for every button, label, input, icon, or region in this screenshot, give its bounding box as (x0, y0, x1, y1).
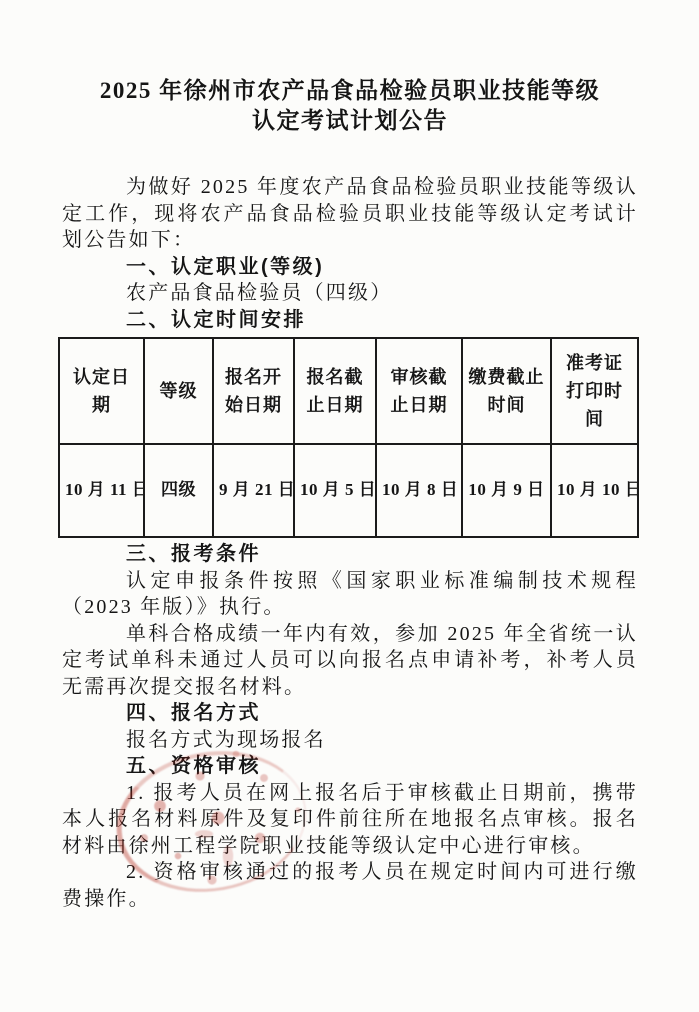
section-heading-2: 二、认定时间安排 (62, 307, 638, 334)
document-title-line-2: 认定考试计划公告 (62, 106, 638, 136)
table-header-cell-review-end: 审核截止日期 (376, 338, 462, 444)
section-heading-5: 五、资格审核 (62, 753, 638, 780)
section-heading-3: 三、报考条件 (62, 541, 638, 568)
table-header-cell-reg-end: 报名截止日期 (294, 338, 376, 444)
table-cell-reg-start: 9 月 21 日 (213, 444, 294, 537)
document-content: 2025 年徐州市农产品食品检验员职业技能等级 认定考试计划公告 为做好 202… (62, 76, 638, 912)
section-5-paragraph-2: 2. 资格审核通过的报考人员在规定时间内可进行缴费操作。 (62, 859, 638, 912)
schedule-table: 认定日期 等级 报名开始日期 报名截止日期 审核截止日期 缴费截止时间 准考证打… (58, 337, 639, 538)
table-cell-payment-end: 10 月 9 日 (462, 444, 551, 537)
table-cell-reg-end: 10 月 5 日 (294, 444, 376, 537)
document-title: 2025 年徐州市农产品食品检验员职业技能等级 认定考试计划公告 (62, 76, 638, 136)
table-cell-ticket-print: 10 月 10 日 (551, 444, 638, 537)
paragraph-intro: 为做好 2025 年度农产品食品检验员职业技能等级认定工作，现将农产品食品检验员… (62, 174, 638, 254)
table-cell-review-end: 10 月 8 日 (376, 444, 462, 537)
section-1-body: 农产品食品检验员（四级） (62, 280, 638, 307)
document-title-line-1: 2025 年徐州市农产品食品检验员职业技能等级 (62, 76, 638, 106)
table-header-cell-ticket-print: 准考证打印时间 (551, 338, 638, 444)
section-3-paragraph-2: 单科合格成绩一年内有效，参加 2025 年全省统一认定考试单科未通过人员可以向报… (62, 621, 638, 701)
scanned-document-page: 2025 年徐州市农产品食品检验员职业技能等级 认定考试计划公告 为做好 202… (0, 0, 699, 1012)
table-cell-level: 四级 (144, 444, 213, 537)
table-row: 10 月 11 日 四级 9 月 21 日 10 月 5 日 10 月 8 日 … (59, 444, 638, 537)
table-header-cell-assessment-date: 认定日期 (59, 338, 144, 444)
document-body: 为做好 2025 年度农产品食品检验员职业技能等级认定工作，现将农产品食品检验员… (62, 174, 638, 912)
table-header-cell-reg-start: 报名开始日期 (213, 338, 294, 444)
section-3-paragraph-1: 认定申报条件按照《国家职业标准编制技术规程（2023 年版）》执行。 (62, 568, 638, 621)
section-4-body: 报名方式为现场报名 (62, 727, 638, 754)
section-5-paragraph-1: 1. 报考人员在网上报名后于审核截止日期前，携带本人报名材料原件及复印件前往所在… (62, 780, 638, 860)
table-header-cell-payment-end: 缴费截止时间 (462, 338, 551, 444)
table-header-cell-level: 等级 (144, 338, 213, 444)
section-heading-1: 一、认定职业(等级) (62, 254, 638, 281)
table-cell-assessment-date: 10 月 11 日 (59, 444, 144, 537)
section-heading-4: 四、报名方式 (62, 700, 638, 727)
table-header-row: 认定日期 等级 报名开始日期 报名截止日期 审核截止日期 缴费截止时间 准考证打… (59, 338, 638, 444)
